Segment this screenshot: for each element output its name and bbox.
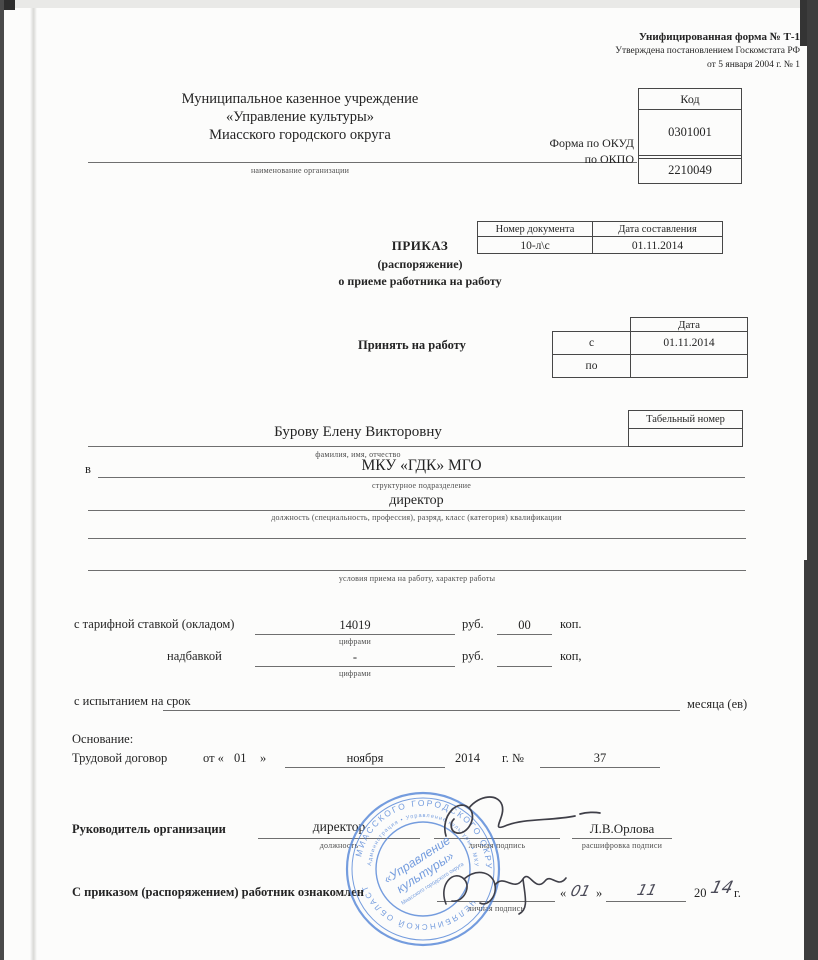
ack-year-handwritten: 14 [709,878,736,898]
employee-in-label: в [85,462,91,477]
doc-date-col-header: Дата составления [593,222,722,236]
code-box-header: Код [639,89,741,110]
okud-label: Форма по ОКУД [500,135,634,151]
okpo-value: 2210049 [639,159,741,181]
employee-position: директор [88,493,745,509]
basis-doc-label: Трудовой договор [72,751,167,766]
scan-edge-left [0,0,4,960]
head-name-underline [572,838,672,839]
head-position: директор [258,819,420,835]
basis-number-label: г. № [502,751,524,766]
head-sign-caption: личная подпись [434,841,560,850]
tariff-kop-label: коп. [560,617,582,632]
ack-month-handwritten: 11 [606,881,688,899]
head-name: Л.В.Орлова [572,821,672,837]
hire-date-table: Дата с по 01.11.2014 [552,317,748,378]
doc-date-value: 01.11.2014 [593,237,722,254]
conditions-caption: условия приема на работу, характер работ… [88,574,746,583]
bonus-kop-label: коп, [560,649,582,664]
okud-okpo-labels: Форма по ОКУД по ОКПО [500,135,634,167]
ack-sign-underline [437,901,555,902]
hire-to-label: по [553,355,630,377]
organization-name-line2: «Управление культуры» [90,108,510,126]
form-meta-block: Унифицированная форма № Т-1 Утверждена п… [470,30,800,72]
bonus-kopecks-underline [497,666,552,667]
personnel-number-value [629,429,742,447]
tariff-label: с тарифной ставкой (окладом) [74,617,234,632]
organization-name-line1: Муниципальное казенное учреждение [90,90,510,108]
form-meta-date: от 5 января 2004 г. № 1 [470,58,800,72]
okpo-label: по ОКПО [500,151,634,167]
code-box: Код 0301001 2210049 [638,88,742,184]
employee-division-caption: структурное подразделение [98,481,745,490]
basis-number-underline [540,767,660,768]
hire-date-header: Дата [630,317,748,332]
form-meta-title: Унифицированная форма № Т-1 [470,30,800,44]
basis-day: 01 [234,751,247,766]
form-meta-approved: Утверждена постановлением Госкомстата РФ [470,44,800,58]
ack-month-underline [606,901,686,902]
tariff-digits-caption: цифрами [255,637,455,646]
order-subject: о приеме работника на работу [280,274,560,289]
hire-from-value: 01.11.2014 [631,332,747,355]
scanned-order-form-t1: Унифицированная форма № Т-1 Утверждена п… [0,0,818,960]
scan-fold-line [30,8,37,960]
bonus-underline [255,666,455,667]
order-subtitle: (распоряжение) [280,257,560,272]
conditions-line-2 [88,570,746,571]
basis-month: ноября [285,751,445,766]
stamp-center-line2: культуры» [394,849,456,896]
head-name-caption: расшифровка подписи [565,841,679,850]
conditions-line-1 [88,538,746,539]
employee-fio-underline [88,446,628,447]
tariff-value: 14019 [255,618,455,633]
basis-label: Основание: [72,732,133,747]
employee-fio: Бурову Елену Викторовну [88,424,628,441]
head-sign-underline [434,838,560,839]
bonus-value: - [255,650,455,665]
head-label: Руководитель организации [72,822,226,837]
hire-to-value [631,355,747,377]
basis-year: 2014 [455,751,480,766]
ack-year-suffix: г. [734,886,741,901]
tariff-rub-label: руб. [462,617,484,632]
employee-division-underline [98,477,745,478]
bonus-label: надбавкой [167,649,222,664]
ack-sign-caption: личная подпись [437,904,555,913]
okud-value: 0301001 [639,110,741,156]
ack-label: С приказом (распоряжением) работник озна… [72,885,364,900]
bonus-rub-label: руб. [462,649,484,664]
employee-position-underline [88,510,745,511]
organization-caption: наименование организации [200,166,400,175]
doc-number-col-header: Номер документа [478,222,593,236]
order-title-block: ПРИКАЗ (распоряжение) о приеме работника… [280,238,560,289]
probation-underline [163,710,680,711]
employee-division: МКУ «ГДК» МГО [98,457,745,475]
scan-edge-right-lower [804,560,818,960]
basis-from-label: от « [203,751,224,766]
probation-suffix: месяца (ев) [687,697,747,712]
ack-year-prefix: 20 [694,886,707,901]
round-stamp: МИАССКОГО ГОРОДСКОГО ОКРУГА ЧЕЛЯБИНСКОЙ … [338,788,508,950]
bonus-digits-caption: цифрами [255,669,455,678]
organization-name-block: Муниципальное казенное учреждение «Управ… [90,90,510,144]
organization-name-line3: Миасского городского округа [90,126,510,144]
personnel-number-box: Табельный номер [628,410,743,447]
head-position-underline [258,838,420,839]
probation-label: с испытанием на срок [74,694,191,709]
order-title: ПРИКАЗ [280,238,560,254]
hire-from-label: с [553,332,630,355]
hire-label: Принять на работу [358,338,466,353]
head-position-caption: должность [258,841,420,850]
personnel-number-label: Табельный номер [629,411,742,429]
basis-close-quote: » [260,751,266,766]
basis-number: 37 [540,751,660,766]
kopecks-value: 00 [497,618,552,633]
tariff-underline [255,634,455,635]
ack-open-quote: « [560,886,566,901]
ack-close-quote: » [596,886,602,901]
employee-position-caption: должность (специальность, профессия), ра… [88,513,745,522]
ack-day-handwritten: 01 [569,882,593,900]
stamp-center-line3: Миасского городского округа [400,861,466,906]
kopecks-underline [497,634,552,635]
basis-month-underline [285,767,445,768]
scan-top-band [4,0,807,8]
